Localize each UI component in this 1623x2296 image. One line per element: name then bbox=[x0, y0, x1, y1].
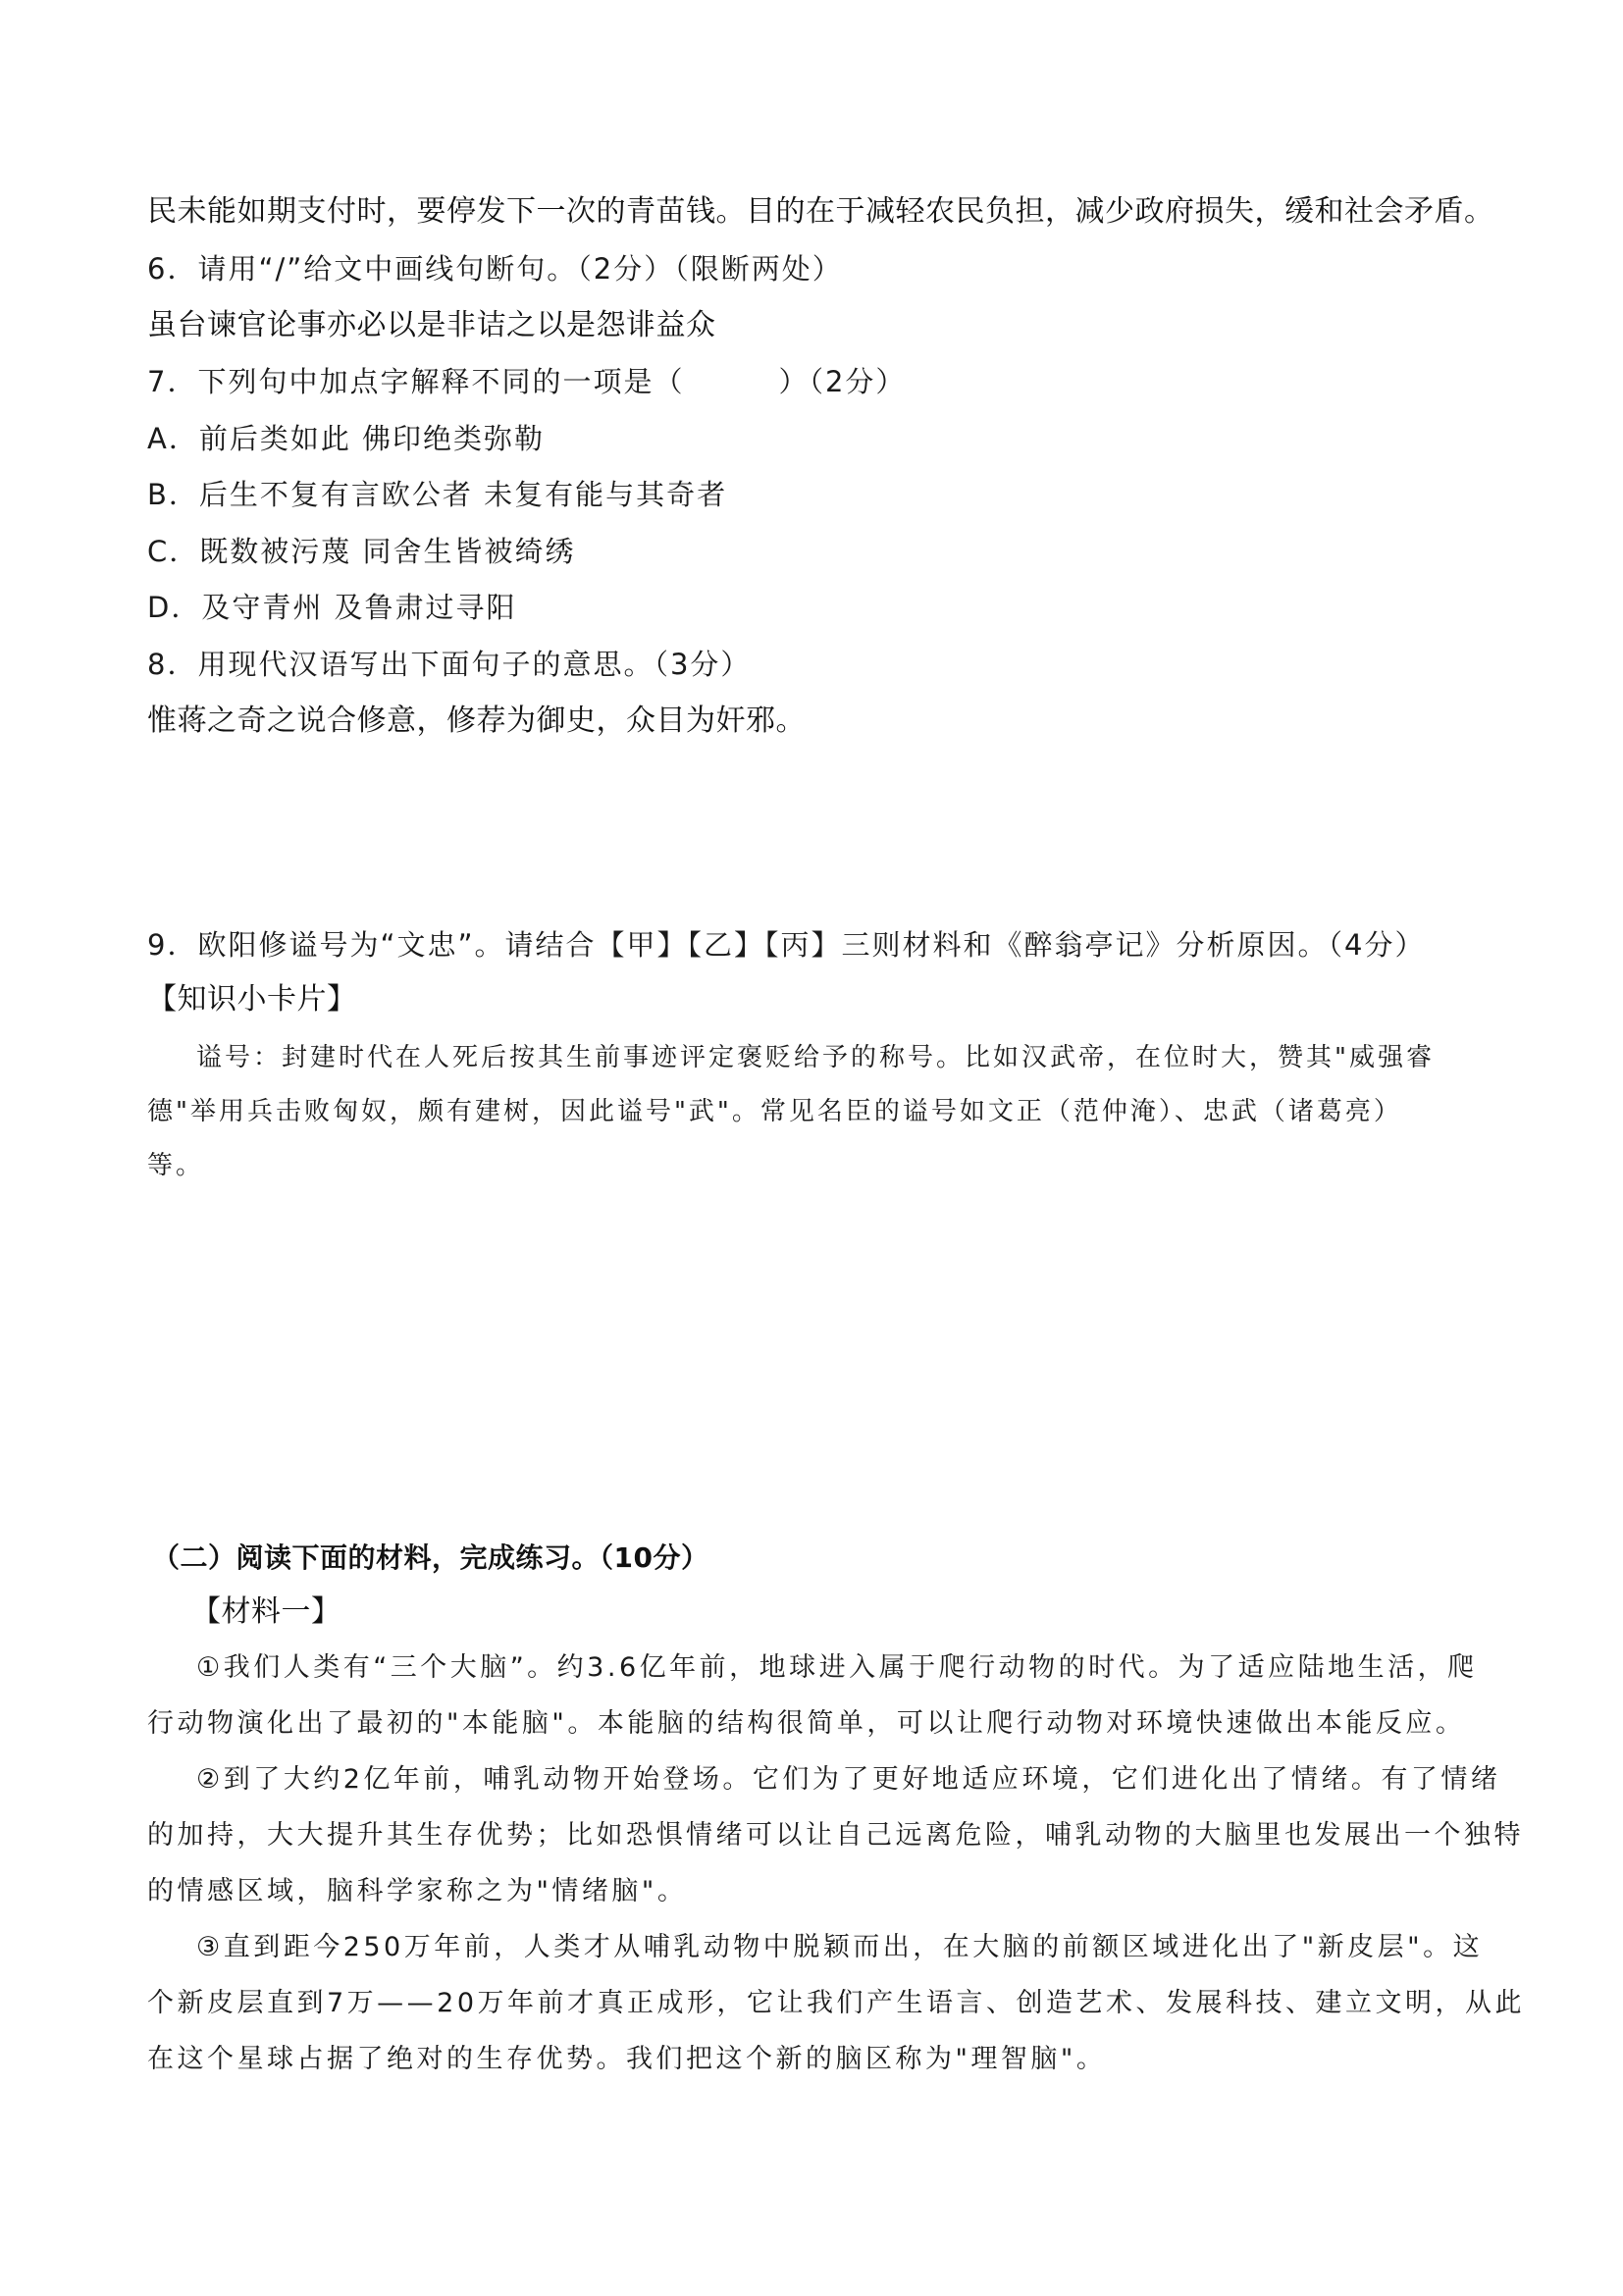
question-7-option-a: A．前后类如此 佛印绝类弥勒 bbox=[147, 419, 545, 458]
paragraph-2-line: 的加持，大大提升其生存优势；比如恐惧情绪可以让自己远离危险，哺乳动物的大脑里也发… bbox=[147, 1816, 1524, 1855]
question-8-sentence: 惟蒋之奇之说合修意，修荐为御史，众目为奸邪。 bbox=[147, 702, 806, 741]
question-7-option-c: C．既数被污蔑 同舍生皆被绮绣 bbox=[147, 532, 575, 571]
paragraph-3-line: 个新皮层直到7万——20万年前才真正成形，它让我们产生语言、创造艺术、发展科技、… bbox=[147, 1984, 1525, 2023]
material-title: 【材料一】 bbox=[191, 1592, 341, 1632]
knowledge-card-title: 【知识小卡片】 bbox=[147, 980, 357, 1019]
question-8-prompt: 8．用现代汉语写出下面句子的意思。（3分） bbox=[147, 645, 751, 684]
paragraph-1-line: 行动物演化出了最初的"本能脑"。本能脑的结构很简单，可以让爬行动物对环境快速做出… bbox=[147, 1704, 1465, 1744]
paragraph-1-line: ①我们人类有“三个大脑”。约3.6亿年前，地球进入属于爬行动物的时代。为了适应陆… bbox=[196, 1648, 1478, 1688]
paragraph-3-line: 在这个星球占据了绝对的生存优势。我们把这个新的脑区称为"理智脑"。 bbox=[147, 2040, 1106, 2079]
section-heading: （二）阅读下面的材料，完成练习。（10分） bbox=[152, 1539, 708, 1578]
paragraph-3-line: ③直到距今250万年前，人类才从哺乳动物中脱颖而出，在大脑的前额区域进化出了"新… bbox=[196, 1928, 1483, 1967]
knowledge-card-line: 德"举用兵击败匈奴，颇有建树，因此谥号"武"。常见名臣的谥号如文正（范仲淹）、忠… bbox=[147, 1092, 1402, 1131]
paragraph-2-line: 的情感区域，脑科学家称之为"情绪脑"。 bbox=[147, 1872, 687, 1911]
question-7-prompt: 7．下列句中加点字解释不同的一项是（）（2分） bbox=[147, 362, 906, 401]
question-6-prompt: 6．请用“/”给文中画线句断句。（2分）（限断两处） bbox=[147, 249, 843, 288]
question-7-prompt-start: 7．下列句中加点字解释不同的一项是（ bbox=[147, 365, 684, 398]
question-7-option-d: D．及守青州 及鲁肃过寻阳 bbox=[147, 588, 517, 627]
question-9-prompt: 9．欧阳修谥号为“文忠”。请结合【甲】【乙】【丙】三则材料和《醉翁亭记》分析原因… bbox=[147, 925, 1425, 965]
continuation-text: 民未能如期支付时，要停发下一次的青苗钱。目的在于减轻农民负担，减少政府损失，缓和… bbox=[147, 192, 1494, 232]
knowledge-card-line: 等。 bbox=[147, 1146, 204, 1185]
question-7-option-b: B．后生不复有言欧公者 未复有能与其奇者 bbox=[147, 475, 727, 514]
paragraph-2-line: ②到了大约2亿年前，哺乳动物开始登场。它们为了更好地适应环境，它们进化出了情绪。… bbox=[196, 1760, 1500, 1800]
question-7-prompt-end: ）（2分） bbox=[778, 365, 906, 398]
knowledge-card-line: 谥号：封建时代在人死后按其生前事迹评定褒贬给予的称号。比如汉武帝，在位时大，赞其… bbox=[196, 1038, 1435, 1077]
question-6-sentence: 虽台谏官论事亦必以是非诘之以是怨诽益众 bbox=[147, 306, 716, 345]
